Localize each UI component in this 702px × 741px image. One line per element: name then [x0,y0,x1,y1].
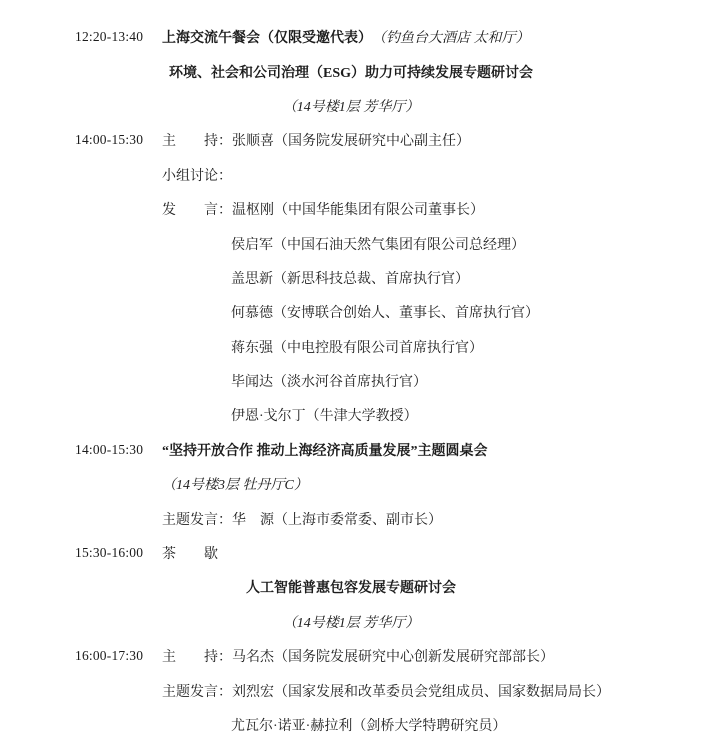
agenda-row-roundtable: 14:00-15:30 “坚持开放合作 推动上海经济高质量发展”主题圆桌会 [0,433,702,467]
speaker-line: 伊恩·戈尔丁（牛津大学教授） [231,405,418,425]
agenda-row-speaker: 蒋东强（中电控股有限公司首席执行官） [0,330,702,364]
session-time: 16:00-17:30 [75,648,143,664]
speaker-line: 蒋东强（中电控股有限公司首席执行官） [231,337,483,357]
session-time: 14:00-15:30 [75,442,143,458]
agenda-row-speaker: 何慕德（安博联合创始人、董事长、首席执行官） [0,295,702,329]
moderator-line: 主 持：马名杰（国务院发展研究中心创新发展研究部部长） [162,646,554,666]
speaker-line: 毕闻达（淡水河谷首席执行官） [231,371,427,391]
agenda-row-moderator: 14:00-15:30 主 持：张顺喜（国务院发展研究中心副主任） [0,123,702,157]
session-time: 14:00-15:30 [75,132,143,148]
agenda-row-panel-label: 小组讨论： [0,158,702,192]
agenda-row-lunch: 12:20-13:40 上海交流午餐会（仅限受邀代表）（钓鱼台大酒店 太和厅） [0,20,702,54]
venue-label: （14号楼3层 牡丹厅C） [162,474,308,494]
section-heading: 人工智能普惠包容发展专题研讨会 [0,577,702,597]
speaker-line: 侯启军（中国石油天然气集团有限公司总经理） [231,234,525,254]
speaker-line: 盖思新（新思科技总裁、首席执行官） [231,268,469,288]
agenda-row-speaker: 侯启军（中国石油天然气集团有限公司总经理） [0,226,702,260]
session-time: 15:30-16:00 [75,545,143,561]
agenda-row-tea-break: 15:30-16:00 茶 歇 [0,536,702,570]
agenda-row-ai-heading: 人工智能普惠包容发展专题研讨会 [0,570,702,604]
keynote-line: 主题发言：刘烈宏（国家发展和改革委员会党组成员、国家数据局局长） [162,681,610,701]
panel-label: 小组讨论： [162,165,232,185]
agenda-row-speaker: 发 言：温枢刚（中国华能集团有限公司董事长） [0,192,702,226]
agenda-row-roundtable-venue: （14号楼3层 牡丹厅C） [0,467,702,501]
section-heading: 环境、社会和公司治理（ESG）助力可持续发展专题研讨会 [0,62,702,82]
agenda-row-keynote: 主题发言：华 源（上海市委常委、副市长） [0,501,702,535]
agenda-row-speaker: 伊恩·戈尔丁（牛津大学教授） [0,398,702,432]
agenda-row-ai-venue: （14号楼1层 芳华厅） [0,605,702,639]
session-entry: 上海交流午餐会（仅限受邀代表）（钓鱼台大酒店 太和厅） [162,27,530,47]
agenda-row-esg-venue: （14号楼1层 芳华厅） [0,89,702,123]
agenda-row-moderator: 16:00-17:30 主 持：马名杰（国务院发展研究中心创新发展研究部部长） [0,639,702,673]
conference-agenda-page: 12:20-13:40 上海交流午餐会（仅限受邀代表）（钓鱼台大酒店 太和厅） … [0,0,702,741]
speaker-line: 尤瓦尔·诺亚·赫拉利（剑桥大学特聘研究员） [231,715,506,735]
venue-label: （14号楼1层 芳华厅） [0,612,702,632]
venue-label: （钓鱼台大酒店 太和厅） [379,31,530,46]
session-title: “坚持开放合作 推动上海经济高质量发展”主题圆桌会 [162,440,488,460]
speaker-line: 何慕德（安博联合创始人、董事长、首席执行官） [231,302,539,322]
moderator-line: 主 持：张顺喜（国务院发展研究中心副主任） [162,130,470,150]
agenda-row-speaker: 尤瓦尔·诺亚·赫拉利（剑桥大学特聘研究员） [0,708,702,741]
session-time: 12:20-13:40 [75,29,143,45]
tea-break-label: 茶 歇 [162,543,218,563]
agenda-row-speaker: 毕闻达（淡水河谷首席执行官） [0,364,702,398]
agenda-row-esg-heading: 环境、社会和公司治理（ESG）助力可持续发展专题研讨会 [0,54,702,88]
agenda-row-keynote: 主题发言：刘烈宏（国家发展和改革委员会党组成员、国家数据局局长） [0,673,702,707]
speaker-line: 发 言：温枢刚（中国华能集团有限公司董事长） [162,199,484,219]
keynote-line: 主题发言：华 源（上海市委常委、副市长） [162,509,442,529]
venue-label: （14号楼1层 芳华厅） [0,96,702,116]
session-title: 上海交流午餐会（仅限受邀代表） [162,31,372,46]
agenda-row-speaker: 盖思新（新思科技总裁、首席执行官） [0,261,702,295]
